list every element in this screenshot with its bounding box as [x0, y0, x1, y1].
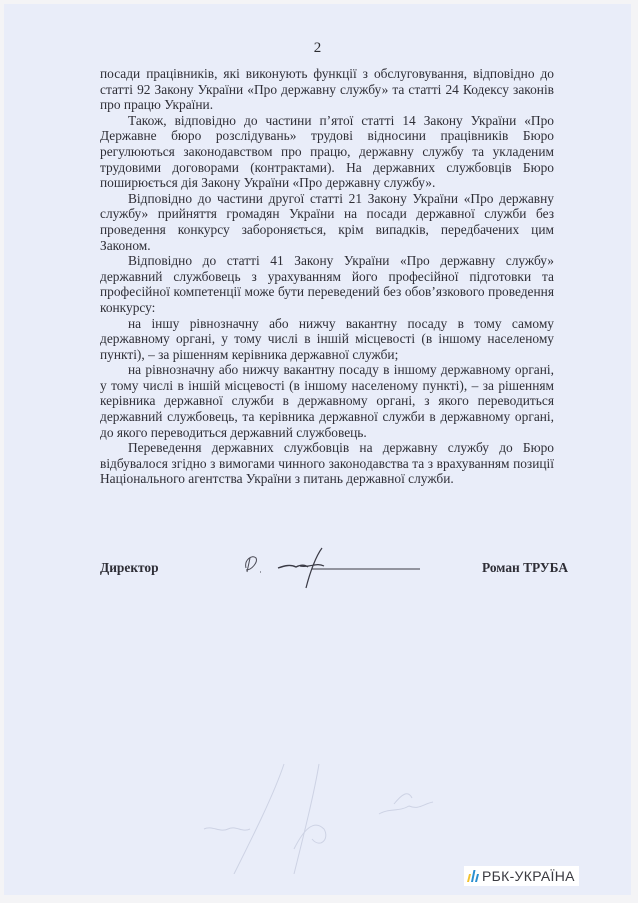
paragraph-6: на рівнозначну або нижчу вакантну посаду… [100, 362, 554, 440]
handwritten-signature-icon [240, 542, 430, 592]
page-number: 2 [4, 40, 631, 57]
watermark-label: РБК-УКРАЇНА [482, 868, 575, 884]
paragraph-7: Переведення державних службовців на держ… [100, 440, 554, 487]
signatory-name: Роман ТРУБА [482, 560, 568, 576]
document-page: 2 посади працівників, які виконують функ… [4, 4, 631, 895]
signatory-title: Директор [100, 560, 159, 576]
paragraph-2: Також, відповідно до частини п’ятої стат… [100, 113, 554, 191]
signature-block: Директор Роман ТРУБА [100, 556, 600, 586]
rbc-logo-icon [467, 870, 479, 882]
paragraph-1: посади працівників, які виконують функці… [100, 66, 554, 113]
paragraph-3: Відповідно до частини другої статті 21 З… [100, 191, 554, 253]
faint-stamp-signatures-icon [194, 754, 454, 874]
paragraph-4: Відповідно до статті 41 Закону України «… [100, 253, 554, 315]
rbc-ukraine-watermark: РБК-УКРАЇНА [464, 866, 579, 886]
paragraph-5: на іншу рівнозначну або нижчу вакантну п… [100, 316, 554, 363]
document-body: посади працівників, які виконують функці… [100, 66, 554, 487]
